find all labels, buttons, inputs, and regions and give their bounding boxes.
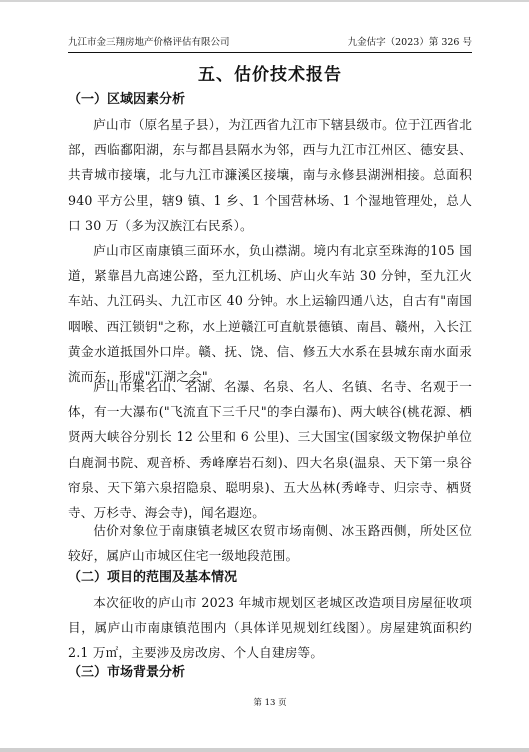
page-title: 五、估价技术报告 bbox=[68, 63, 472, 87]
section-heading-project-scope: （二）项目的范围及基本情况 bbox=[68, 568, 472, 588]
paragraph-scenic-features: 庐山市集名山、名湖、名瀑、名泉、名人、名镇、名寺、名观于一体，有一大瀑布("飞流… bbox=[68, 374, 472, 525]
header-document-number: 九金估字（2023）第 326 号 bbox=[348, 36, 472, 52]
paragraph-subject-location: 估价对象位于南康镇老城区农贸市场南侧、冰玉路西侧，所处区位较好，属庐山市城区住宅… bbox=[68, 518, 472, 568]
paragraph-lushan-overview: 庐山市（原名星子县），为江西省九江市下辖县级市。位于江西省北部，西临鄱阳湖，东与… bbox=[68, 112, 472, 238]
paragraph-transport: 庐山市区南康镇三面环水，负山襟湖。境内有北京至珠海的105 国道，紧靠昌九高速公… bbox=[68, 238, 472, 389]
header-company-name: 九江市金三翔房地产价格评估有限公司 bbox=[68, 36, 230, 52]
paragraph-project-scope: 本次征收的庐山市 2023 年城市规划区老城区改造项目房屋征收项目，属庐山市南康… bbox=[68, 590, 472, 666]
viewer-bottom-edge bbox=[0, 748, 529, 752]
viewer-top-edge bbox=[0, 0, 529, 2]
page-number: 第 13 页 bbox=[68, 697, 472, 709]
section-heading-regional-factors: （一）区域因素分析 bbox=[68, 90, 472, 110]
section-heading-market-background: （三）市场背景分析 bbox=[68, 663, 472, 683]
running-header: 九江市金三翔房地产价格评估有限公司 九金估字（2023）第 326 号 bbox=[68, 36, 472, 53]
